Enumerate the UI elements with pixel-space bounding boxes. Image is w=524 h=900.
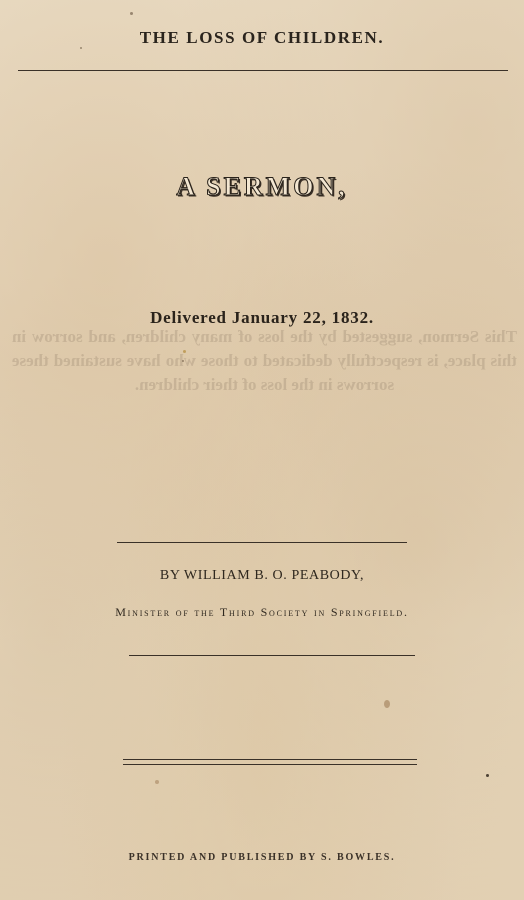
paper-stain bbox=[384, 700, 390, 708]
paper-speck bbox=[130, 12, 133, 15]
header-rule bbox=[18, 70, 508, 71]
show-through-text: This Sermon, suggested by the loss of ma… bbox=[12, 325, 517, 397]
author-affiliation: Minister of the Third Society in Springf… bbox=[0, 605, 524, 620]
title-page: THE LOSS OF CHILDREN. A SERMON, Delivere… bbox=[0, 0, 524, 900]
imprint: PRINTED AND PUBLISHED BY S. BOWLES. bbox=[0, 852, 524, 863]
paper-speck bbox=[183, 350, 186, 353]
divider-rule-lower bbox=[129, 655, 415, 656]
running-title: THE LOSS OF CHILDREN. bbox=[0, 28, 524, 48]
divider-rule-upper bbox=[117, 542, 407, 543]
double-rule-top bbox=[123, 759, 417, 760]
sermon-title: A SERMON, bbox=[0, 172, 524, 202]
paper-speck bbox=[486, 774, 489, 777]
paper-speck bbox=[182, 360, 184, 362]
author-line: BY WILLIAM B. O. PEABODY, bbox=[0, 568, 524, 584]
double-rule-bottom bbox=[123, 764, 417, 765]
paper-speck bbox=[155, 780, 159, 784]
paper-speck bbox=[80, 47, 82, 49]
